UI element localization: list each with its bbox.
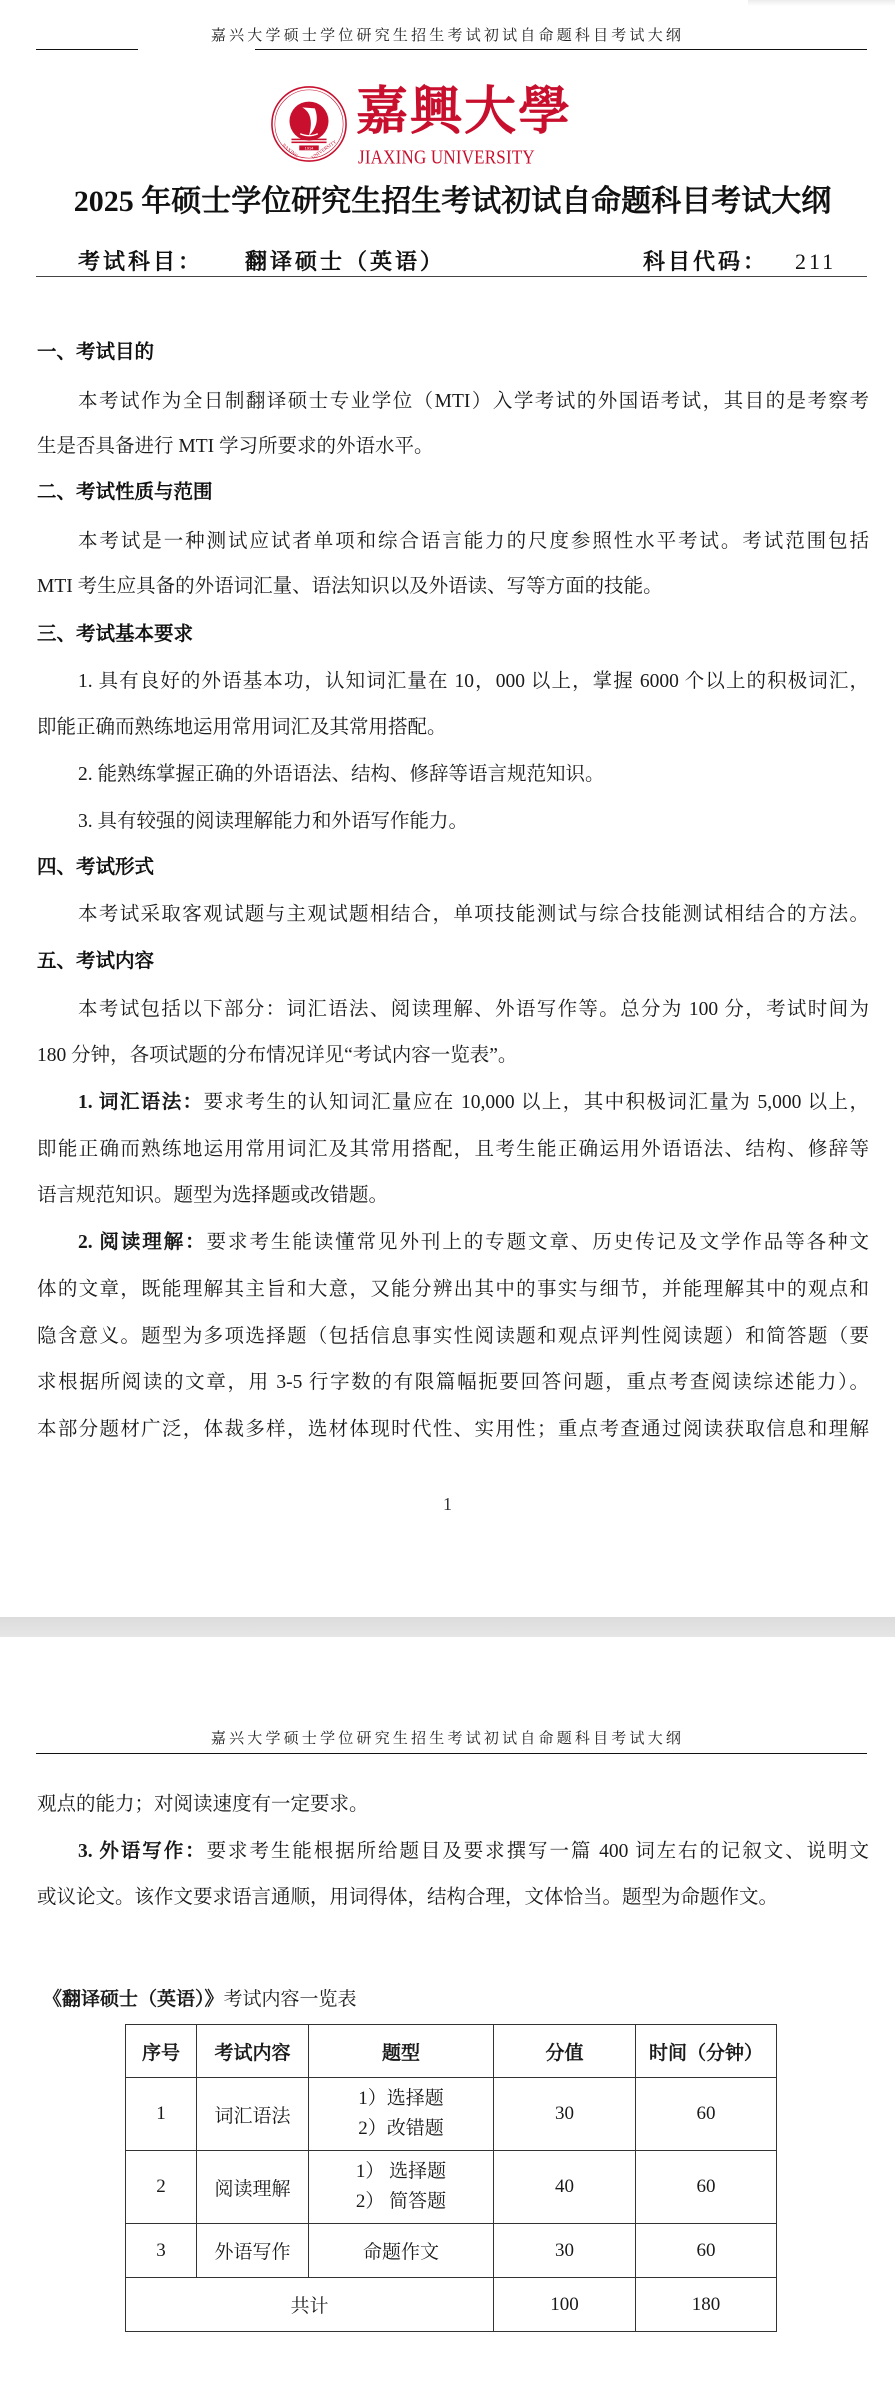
item-label: 2. 阅读理解： [78, 1232, 207, 1253]
svg-text:1914: 1914 [305, 145, 314, 150]
paragraph-line: 或议论文。该作文要求语言通顺，用词得体，结构合理，文体恰当。题型为命题作文。 [37, 1884, 869, 1912]
header-cell: 序号 [126, 2025, 197, 2078]
paragraph-line: 本考试是一种测试应试者单项和综合语言能力的尺度参照性水平考试。考试范围包括 [37, 528, 869, 556]
paragraph-line: 即能正确而熟练地运用常用词汇及其常用搭配，且考生能正确运用外语语法、结构、修辞等 [37, 1136, 869, 1164]
code-value: 211 [795, 248, 836, 276]
cell-types: 命题作文 [309, 2224, 494, 2278]
viewer-shadow [748, 0, 895, 6]
item-writing: 3. 外语写作：要求考生能根据所给题目及要求撰写一篇 400 词左右的记叙文、说… [37, 1838, 869, 1866]
caption-title: 《翻译硕士（英语）》 [43, 1989, 224, 2010]
cell-no: 1 [126, 2078, 197, 2151]
paragraph-line: 语言规范知识。题型为选择题或改错题。 [37, 1182, 869, 1210]
cell-time: 60 [636, 2224, 777, 2278]
cell-no: 2 [126, 2151, 197, 2224]
table-caption: 《翻译硕士（英语）》考试内容一览表 [43, 1987, 357, 2013]
cell-score: 30 [494, 2078, 636, 2151]
exam-content-table: 序号 考试内容 题型 分值 时间（分钟） 1 词汇语法 1）选择题2）改错题 3… [125, 2024, 777, 2332]
type-item: 1）选择题 [309, 2084, 493, 2114]
item-vocab-grammar: 1. 词汇语法：要求考生的认知词汇量应在 10,000 以上，其中积极词汇量为 … [37, 1089, 869, 1117]
type-item: 1） 选择题 [309, 2157, 493, 2187]
cell-score: 40 [494, 2151, 636, 2224]
paragraph-line: 隐含意义。题型为多项选择题（包括信息事实性阅读题和观点评判性阅读题）和简答题（要 [37, 1323, 869, 1351]
header-rule-right [255, 49, 867, 50]
header-rule-left [36, 49, 138, 50]
running-header: 嘉兴大学硕士学位研究生招生考试初试自命题科目考试大纲 [0, 1727, 895, 1748]
paragraph-line: 即能正确而熟练地运用常用词汇及其常用搭配。 [37, 714, 869, 742]
cell-time: 60 [636, 2151, 777, 2224]
table-header-row: 序号 考试内容 题型 分值 时间（分钟） [126, 2025, 777, 2078]
subject-label: 考试科目： [78, 248, 203, 276]
table-total-row: 共计 100 180 [126, 2278, 777, 2332]
header-cell: 考试内容 [197, 2025, 309, 2078]
paragraph-line: 本考试作为全日制翻译硕士专业学位（MTI）入学考试的外国语考试，其目的是考察考 [37, 388, 869, 416]
code-label: 科目代码： [643, 248, 768, 276]
subject-value: 翻译硕士（英语） [245, 248, 445, 276]
paragraph-line: 2. 能熟练掌握正确的外语语法、结构、修辞等语言规范知识。 [37, 761, 869, 789]
paragraph-line: 1. 具有良好的外语基本功，认知词汇量在 10，000 以上，掌握 6000 个… [37, 668, 869, 696]
paragraph-line: 本考试包括以下部分：词汇语法、阅读理解、外语写作等。总分为 100 分，考试时间… [37, 996, 869, 1024]
paragraph-line: 体的文章，既能理解其主旨和大意，又能分辨出其中的事实与细节，并能理解其中的观点和 [37, 1276, 869, 1304]
header-rule [36, 1753, 867, 1754]
document-title: 2025 年硕士学位研究生招生考试初试自命题科目考试大纲 [0, 184, 895, 220]
paragraph-line: 观点的能力；对阅读速度有一定要求。 [37, 1791, 869, 1819]
item-text: 要求考生能根据所给题目及要求撰写一篇 400 词左右的记叙文、说明文 [207, 1841, 869, 1862]
university-logo: 1914 JIAXING UNIVERSITY 嘉興大學 JIAXING UNI… [268, 84, 568, 166]
cell-types: 1） 选择题2） 简答题 [309, 2151, 494, 2224]
item-text: 要求考生能读懂常见外刊上的专题文章、历史传记及文学作品等各种文 [207, 1232, 869, 1253]
paragraph-line: 本部分题材广泛，体裁多样，选材体现时代性、实用性；重点考查通过阅读获取信息和理解 [37, 1416, 869, 1444]
table-row: 2 阅读理解 1） 选择题2） 简答题 40 60 [126, 2151, 777, 2224]
table-row: 1 词汇语法 1）选择题2）改错题 30 60 [126, 2078, 777, 2151]
university-seal-icon: 1914 JIAXING UNIVERSITY [270, 85, 348, 163]
cell-no: 3 [126, 2224, 197, 2278]
caption-rest: 考试内容一览表 [224, 1989, 357, 2010]
section-heading: 三、考试基本要求 [37, 621, 869, 649]
running-header: 嘉兴大学硕士学位研究生招生考试初试自命题科目考试大纲 [0, 24, 895, 45]
item-label: 3. 外语写作： [78, 1841, 207, 1862]
paragraph-line: 求根据所阅读的文章，用 3-5 行字数的有限篇幅扼要回答问题，重点考查阅读综述能… [37, 1369, 869, 1397]
logo-name-cn: 嘉興大學 [356, 80, 572, 144]
cell-types: 1）选择题2）改错题 [309, 2078, 494, 2151]
page-separator [0, 1617, 895, 1637]
paragraph-line: 180 分钟，各项试题的分布情况详见“考试内容一览表”。 [37, 1042, 869, 1070]
cell-content: 阅读理解 [197, 2151, 309, 2224]
cell-total-label: 共计 [126, 2278, 494, 2332]
item-text: 要求考生的认知词汇量应在 10,000 以上，其中积极词汇量为 5,000 以上… [204, 1092, 869, 1113]
table-row: 3 外语写作 命题作文 30 60 [126, 2224, 777, 2278]
cell-content: 外语写作 [197, 2224, 309, 2278]
section-heading: 五、考试内容 [37, 948, 869, 976]
cell-content: 词汇语法 [197, 2078, 309, 2151]
header-cell: 题型 [309, 2025, 494, 2078]
header-cell: 时间（分钟） [636, 2025, 777, 2078]
section-heading: 四、考试形式 [37, 854, 869, 882]
subject-rule [36, 276, 867, 277]
cell-score: 30 [494, 2224, 636, 2278]
cell-total-time: 180 [636, 2278, 777, 2332]
paragraph-line: MTI 考生应具备的外语词汇量、语法知识以及外语读、写等方面的技能。 [37, 573, 869, 601]
section-heading: 一、考试目的 [37, 339, 869, 367]
item-reading: 2. 阅读理解：要求考生能读懂常见外刊上的专题文章、历史传记及文学作品等各种文 [37, 1229, 869, 1257]
paragraph-line: 生是否具备进行 MTI 学习所要求的外语水平。 [37, 433, 869, 461]
section-heading: 二、考试性质与范围 [37, 479, 869, 507]
cell-total-score: 100 [494, 2278, 636, 2332]
paragraph-line: 3. 具有较强的阅读理解能力和外语写作能力。 [37, 808, 869, 836]
header-cell: 分值 [494, 2025, 636, 2078]
type-item: 2）改错题 [309, 2114, 493, 2144]
item-label: 1. 词汇语法： [78, 1092, 204, 1113]
type-item: 2） 简答题 [309, 2187, 493, 2217]
logo-name-en: JIAXING UNIVERSITY [358, 146, 535, 169]
page-number: 1 [0, 1494, 895, 1515]
paragraph-line: 本考试采取客观试题与主观试题相结合，单项技能测试与综合技能测试相结合的方法。 [37, 901, 869, 929]
cell-time: 60 [636, 2078, 777, 2151]
